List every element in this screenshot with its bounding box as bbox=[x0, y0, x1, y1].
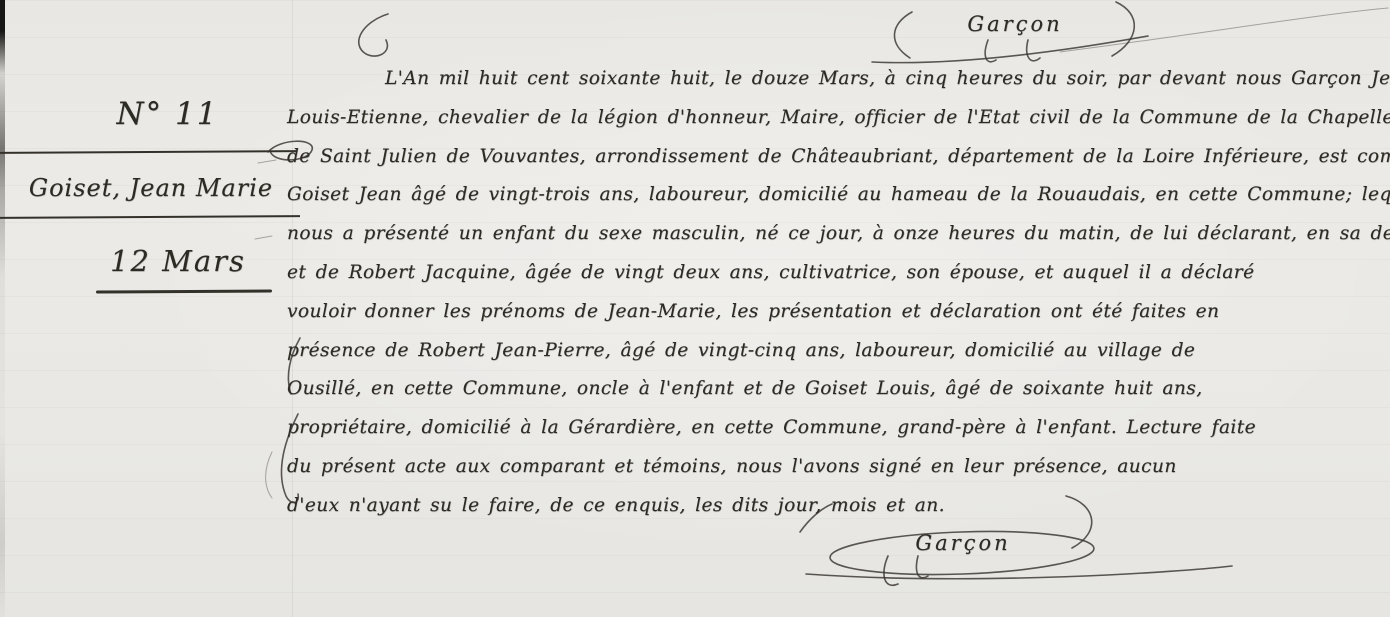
act-line: d'eux n'ayant su le faire, de ce enquis,… bbox=[287, 487, 1387, 526]
margin-date-underline bbox=[96, 289, 272, 293]
act-line: propriétaire, domicilié à la Gérardière,… bbox=[287, 409, 1387, 448]
document-page: N° 11 Goiset, Jean Marie 12 Mars L'An mi… bbox=[0, 0, 1390, 617]
act-body: L'An mil huit cent soixante huit, le dou… bbox=[287, 60, 1387, 526]
margin-date: 12 Mars bbox=[68, 244, 288, 278]
act-line: Goiset Jean âgé de vingt-trois ans, labo… bbox=[287, 176, 1387, 215]
margin-rule-top bbox=[0, 150, 296, 154]
act-line: de Saint Julien de Vouvantes, arrondisse… bbox=[287, 138, 1387, 177]
opening-flourish bbox=[359, 14, 388, 56]
scan-left-edge bbox=[0, 0, 5, 617]
act-line: Ousillé, en cette Commune, oncle à l'enf… bbox=[287, 370, 1387, 409]
act-line: nous a présenté un enfant du sexe mascul… bbox=[287, 215, 1387, 254]
act-line: du présent acte aux comparant et témoins… bbox=[287, 448, 1387, 487]
left-dash bbox=[258, 160, 276, 163]
act-line: présence de Robert Jean-Pierre, âgé de v… bbox=[287, 332, 1387, 371]
mayor-signature-bottom: Garçon bbox=[868, 531, 1058, 555]
sig-bottom-underline bbox=[806, 566, 1232, 579]
sig-top-underline bbox=[872, 36, 1148, 63]
act-line: vouloir donner les prénoms de Jean-Marie… bbox=[287, 293, 1387, 332]
sig-bottom-tail bbox=[884, 556, 928, 585]
act-number: N° 11 bbox=[55, 96, 280, 132]
act-line: L'An mil huit cent soixante huit, le dou… bbox=[287, 60, 1387, 99]
margin-name: Goiset, Jean Marie bbox=[6, 174, 296, 202]
sig-top-paren-left bbox=[894, 12, 912, 58]
mayor-signature-top: Garçon bbox=[920, 12, 1110, 36]
sig-top-tail bbox=[985, 40, 1040, 62]
margin-rule-bottom bbox=[0, 215, 300, 219]
left-downstroke bbox=[266, 452, 272, 498]
left-dash bbox=[255, 236, 272, 239]
act-line: Louis-Etienne, chevalier de la légion d'… bbox=[287, 99, 1387, 138]
act-line: et de Robert Jacquine, âgée de vingt deu… bbox=[287, 254, 1387, 293]
sig-top-paren-right bbox=[1112, 2, 1134, 56]
